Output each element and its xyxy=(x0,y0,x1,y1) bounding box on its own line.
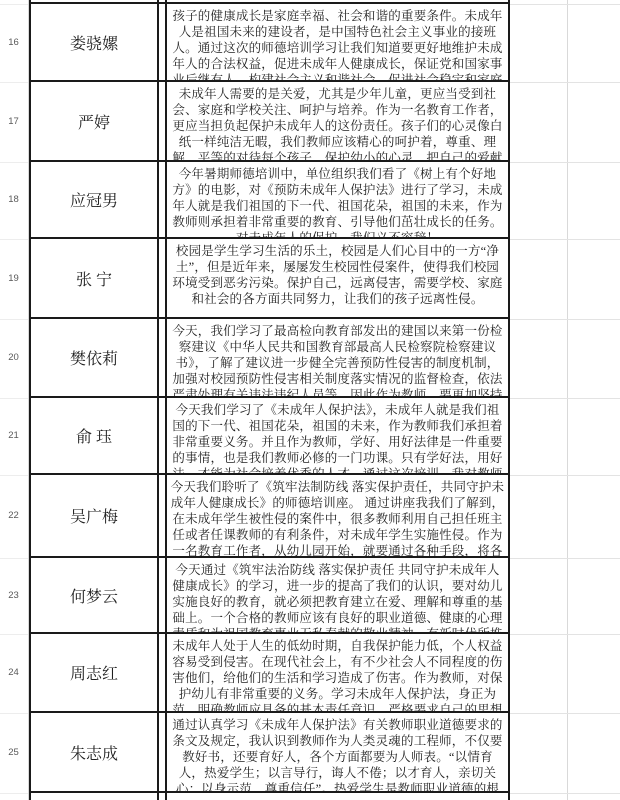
gridline xyxy=(510,4,620,5)
reflection-cell[interactable]: 未成年人处于人生的低幼时期，自我保护能力低，个人权益容易受到侵害。在现代社会上，… xyxy=(167,634,508,711)
name-cell[interactable] xyxy=(31,0,159,2)
gridline xyxy=(510,398,620,399)
spacer-cell[interactable] xyxy=(159,4,167,80)
spacer-cell[interactable] xyxy=(159,319,167,396)
gridline xyxy=(510,82,620,83)
table-row-21: 俞 珏 今天我们学习了《未成年人保护法》，未成年人就是我们祖国的下一代、祖国花朵… xyxy=(31,398,508,475)
reflection-cell[interactable]: 今天通过《筑牢法治防线 落实保护责任 共同守护未成年人健康成长》的学习，进一步的… xyxy=(167,558,508,632)
name-cell[interactable]: 应冠男 xyxy=(31,162,159,237)
gridline xyxy=(0,713,28,714)
partial-row-bottom xyxy=(31,793,508,800)
spacer-cell[interactable] xyxy=(159,713,167,791)
reflection-cell[interactable]: 孩子的健康成长是家庭幸福、社会和谐的重要条件。未成年人是祖国未来的建设者，是中国… xyxy=(167,4,508,80)
row-header-22[interactable]: 22 xyxy=(0,509,27,523)
reflection-cell[interactable]: 校园是学生学习生活的乐土，校园是人们心目中的一方“净土”，但是近年来，屡屡发生校… xyxy=(167,239,508,317)
gridline xyxy=(510,319,620,320)
spacer-cell[interactable] xyxy=(159,239,167,317)
table-row-19: 张 宁 校园是学生学习生活的乐土，校园是人们心目中的一方“净土”，但是近年来，屡… xyxy=(31,239,508,319)
reflection-cell[interactable]: 今年暑期师德培训中，单位组织我们看了《树上有个好地方》的电影，对《预防未成年人保… xyxy=(167,162,508,237)
gridline xyxy=(0,793,28,794)
gridline xyxy=(510,634,620,635)
table-row-24: 周志红 未成年人处于人生的低幼时期，自我保护能力低，个人权益容易受到侵害。在现代… xyxy=(31,634,508,713)
table-row-17: 严婷 未成年人需要的是关爱，尤其是少年儿童，更应当受到社会、家庭和学校关注、呵护… xyxy=(31,82,508,162)
gridline xyxy=(0,162,28,163)
gridline xyxy=(0,558,28,559)
name-cell[interactable]: 吴广梅 xyxy=(31,475,159,556)
name-cell[interactable]: 何梦云 xyxy=(31,558,159,632)
reflection-cell[interactable]: 通过认真学习《未成年人保护法》有关教师职业道德要求的条文及规定，我认识到教师作为… xyxy=(167,713,508,791)
reflection-cell[interactable] xyxy=(167,793,508,800)
spacer-cell[interactable] xyxy=(159,475,167,556)
reflection-cell[interactable]: 未成年人需要的是关爱，尤其是少年儿童，更应当受到社会、家庭和学校关注、呵护与培养… xyxy=(167,82,508,160)
gridline xyxy=(510,475,620,476)
table-row-16: 娄骁嫘 孩子的健康成长是家庭幸福、社会和谐的重要条件。未成年人是祖国未来的建设者… xyxy=(31,4,508,82)
reflection-cell[interactable]: 今天我们学习了《未成年人保护法》，未成年人就是我们祖国的下一代、祖国花朵，祖国的… xyxy=(167,398,508,473)
name-cell[interactable]: 朱志成 xyxy=(31,713,159,791)
name-cell[interactable]: 张 宁 xyxy=(31,239,159,317)
spacer-cell[interactable] xyxy=(159,82,167,160)
gridline xyxy=(510,793,620,794)
table-row-23: 何梦云 今天通过《筑牢法治防线 落实保护责任 共同守护未成年人健康成长》的学习，… xyxy=(31,558,508,634)
spacer-cell[interactable] xyxy=(159,793,167,800)
row-header-16[interactable]: 16 xyxy=(0,36,27,50)
table-row-20: 樊依莉 今天，我们学习了最高检向教育部发出的建国以来第一份检察建议《中华人民共和… xyxy=(31,319,508,398)
name-cell[interactable]: 严婷 xyxy=(31,82,159,160)
gridline xyxy=(0,239,28,240)
gridline xyxy=(0,634,28,635)
gridline xyxy=(510,713,620,714)
reflection-cell[interactable]: 今天我们聆听了《筑牢法制防线 落实保护责任，共同守护未成年人健康成长》的师德培训… xyxy=(167,475,508,556)
table-row-22: 吴广梅 今天我们聆听了《筑牢法制防线 落实保护责任，共同守护未成年人健康成长》的… xyxy=(31,475,508,558)
row-header-18[interactable]: 18 xyxy=(0,193,27,207)
row-header-21[interactable]: 21 xyxy=(0,429,27,443)
gridline xyxy=(510,558,620,559)
gridline xyxy=(510,162,620,163)
name-cell[interactable]: 俞 珏 xyxy=(31,398,159,473)
spreadsheet-view: 16 17 18 19 20 21 22 23 24 25 娄骁嫘 孩子的健康成… xyxy=(0,0,620,800)
spacer-cell[interactable] xyxy=(159,398,167,473)
row-header-19[interactable]: 19 xyxy=(0,272,27,286)
row-header-24[interactable]: 24 xyxy=(0,666,27,680)
gridline xyxy=(0,82,28,83)
table-row-18: 应冠男 今年暑期师德培训中，单位组织我们看了《树上有个好地方》的电影，对《预防未… xyxy=(31,162,508,239)
row-header-17[interactable]: 17 xyxy=(0,115,27,129)
row-header-20[interactable]: 20 xyxy=(0,351,27,365)
gridline xyxy=(0,398,28,399)
spacer-cell[interactable] xyxy=(159,634,167,711)
reflection-table: 娄骁嫘 孩子的健康成长是家庭幸福、社会和谐的重要条件。未成年人是祖国未来的建设者… xyxy=(29,0,510,800)
row-header-25[interactable]: 25 xyxy=(0,746,27,760)
gridline xyxy=(510,239,620,240)
name-cell[interactable] xyxy=(31,793,159,800)
spacer-cell[interactable] xyxy=(159,558,167,632)
table-row-25: 朱志成 通过认真学习《未成年人保护法》有关教师职业道德要求的条文及规定，我认识到… xyxy=(31,713,508,793)
row-header-23[interactable]: 23 xyxy=(0,589,27,603)
name-cell[interactable]: 樊依莉 xyxy=(31,319,159,396)
spacer-cell[interactable] xyxy=(159,0,167,2)
reflection-cell[interactable]: 今天，我们学习了最高检向教育部发出的建国以来第一份检察建议《中华人民共和国教育部… xyxy=(167,319,508,396)
gridline-vertical xyxy=(567,0,568,800)
gridline xyxy=(0,319,28,320)
gridline xyxy=(0,4,28,5)
gridline xyxy=(0,475,28,476)
name-cell[interactable]: 娄骁嫘 xyxy=(31,4,159,80)
spacer-cell[interactable] xyxy=(159,162,167,237)
name-cell[interactable]: 周志红 xyxy=(31,634,159,711)
